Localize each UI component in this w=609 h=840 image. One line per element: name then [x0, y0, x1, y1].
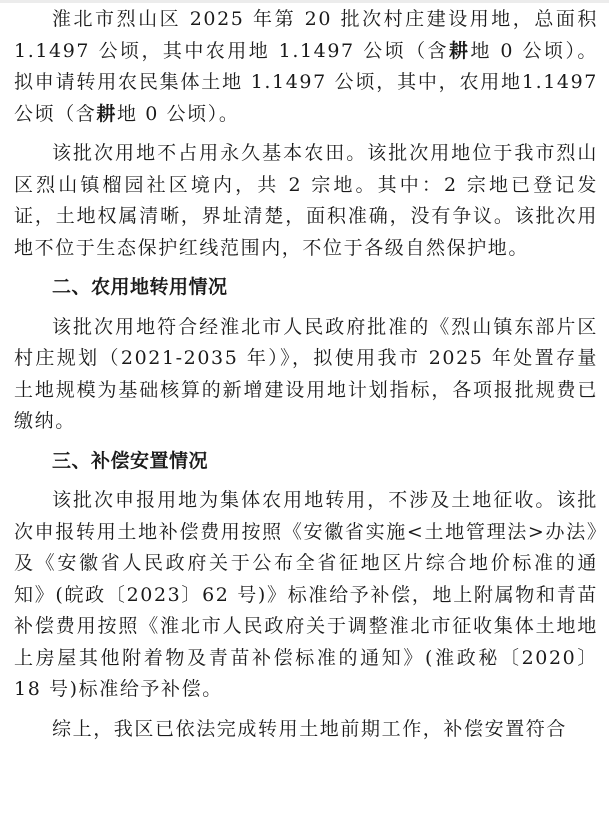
- top-border: [0, 0, 609, 3]
- text-segment: 地 0 公顷）。: [117, 103, 239, 125]
- paragraph-location: 该批次用地不占用永久基本农田。该批次用地位于我市烈山区烈山镇榴园社区境内，共 2…: [14, 138, 598, 264]
- text-segment-bold: 耕: [96, 103, 117, 125]
- section-heading-compensation: 三、补偿安置情况: [14, 446, 598, 478]
- paragraph-land-area-summary: 淮北市烈山区 2025 年第 20 批次村庄建设用地，总面积 1.1497 公顷…: [14, 4, 598, 130]
- text-segment-bold: 耕: [449, 40, 470, 62]
- section-heading-farmland-conversion: 二、农用地转用情况: [14, 272, 598, 304]
- paragraph-farmland-conversion: 该批次用地符合经淮北市人民政府批准的《烈山镇东部片区村庄规划（2021-2035…: [14, 312, 598, 438]
- paragraph-compensation: 该批次申报用地为集体农用地转用，不涉及土地征收。该批次申报转用土地补偿费用按照《…: [14, 485, 598, 706]
- paragraph-conclusion: 综上，我区已依法完成转用土地前期工作，补偿安置符合: [14, 714, 598, 746]
- document-body: 淮北市烈山区 2025 年第 20 批次村庄建设用地，总面积 1.1497 公顷…: [14, 4, 598, 753]
